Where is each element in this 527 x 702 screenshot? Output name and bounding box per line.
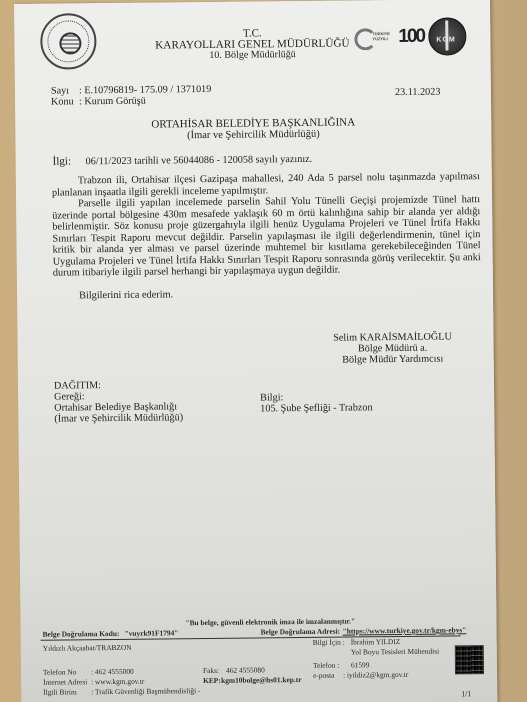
info-label: Bilgi İçin : xyxy=(313,638,345,647)
kep-value[interactable]: kgm10bolge@hs01.kep.tr xyxy=(221,675,301,685)
info-phone: 61599 xyxy=(351,660,370,669)
distribution-heading: DAĞITIM: xyxy=(54,380,101,391)
konu-label: Konu xyxy=(51,96,74,107)
web-link[interactable]: : www.kgm.gov.tr xyxy=(91,677,144,687)
fax-label: Faks: xyxy=(203,666,219,675)
info-email[interactable]: : iyildiz2@kgm.gov.tr xyxy=(343,670,408,680)
unit-label: İlgili Birim xyxy=(43,687,77,696)
phone-label: Telefon No xyxy=(43,667,76,676)
sayi-value: : E.10796819- 175.09 / 1371019 xyxy=(79,84,212,96)
geregi-line-2: (İmar ve Şehircilik Müdürlüğü) xyxy=(54,412,183,424)
info-email-label: e-posta xyxy=(313,671,334,680)
kgm-logo-icon: KGM xyxy=(428,17,466,55)
unit-value: : Trafik Güvenliği Başmühendisliği - xyxy=(91,686,200,696)
signature-title-2: Bölge Müdür Yardımcısı xyxy=(318,353,468,366)
footer-address: Yıldızlı Akçaabat/TRABZON xyxy=(43,643,132,653)
web-label: İnternet Adresi xyxy=(43,677,87,686)
sayi-label: Sayı xyxy=(51,85,69,96)
konu-value: : Kurum Görüşü xyxy=(79,96,146,108)
verify-code-label: Belge Doğrulama Kodu: xyxy=(43,629,120,639)
qr-code-icon xyxy=(456,646,483,673)
ilgi-label: İlgi: xyxy=(53,155,71,167)
document-date: 23.11.2023 xyxy=(395,87,441,98)
bilgi-label: Bilgi: xyxy=(260,392,283,403)
kep-label: KEP: xyxy=(203,676,221,685)
body-paragraph-2: Parselle ilgili yapılan incelemede parse… xyxy=(52,194,481,279)
body-closing: Bilgilerini rica ederim. xyxy=(79,289,173,301)
info-title: Yol Boyu Tesisleri Mühendisi xyxy=(351,647,439,657)
page-number: 1/1 xyxy=(461,689,471,698)
bilgi-line-1: 105. Şube Şefliği - Trabzon xyxy=(260,402,372,414)
100-years-icon: 100 xyxy=(398,26,424,48)
verify-address-link[interactable]: "https://www.turkiye.gov.tr/kgm-ebys" xyxy=(343,625,467,635)
fax-value: 462 4555080 xyxy=(226,665,265,674)
verify-code: "vuyrk91F1794" xyxy=(125,628,179,638)
info-phone-label: Telefon : xyxy=(313,661,339,670)
verify-address-label: Belge Doğrulama Adresi: xyxy=(261,627,341,637)
turkiye-yuzyili-text: TÜRKİYE YÜZYILI xyxy=(372,31,394,41)
ilgi-value: 06/11/2023 tarihli ve 56044086 - 120058 … xyxy=(86,154,313,167)
phone-value: : 462 4555000 xyxy=(91,667,134,676)
e-signature-note: "Bu belge, güvenli elektronik imza ile i… xyxy=(185,616,355,627)
document-page: T.C. KARAYOLLARI GENEL MÜDÜRLÜĞÜ 10. Böl… xyxy=(14,0,497,702)
geregi-label: Gereği: xyxy=(54,391,85,402)
info-name: İbrahim YILDIZ xyxy=(351,637,401,647)
